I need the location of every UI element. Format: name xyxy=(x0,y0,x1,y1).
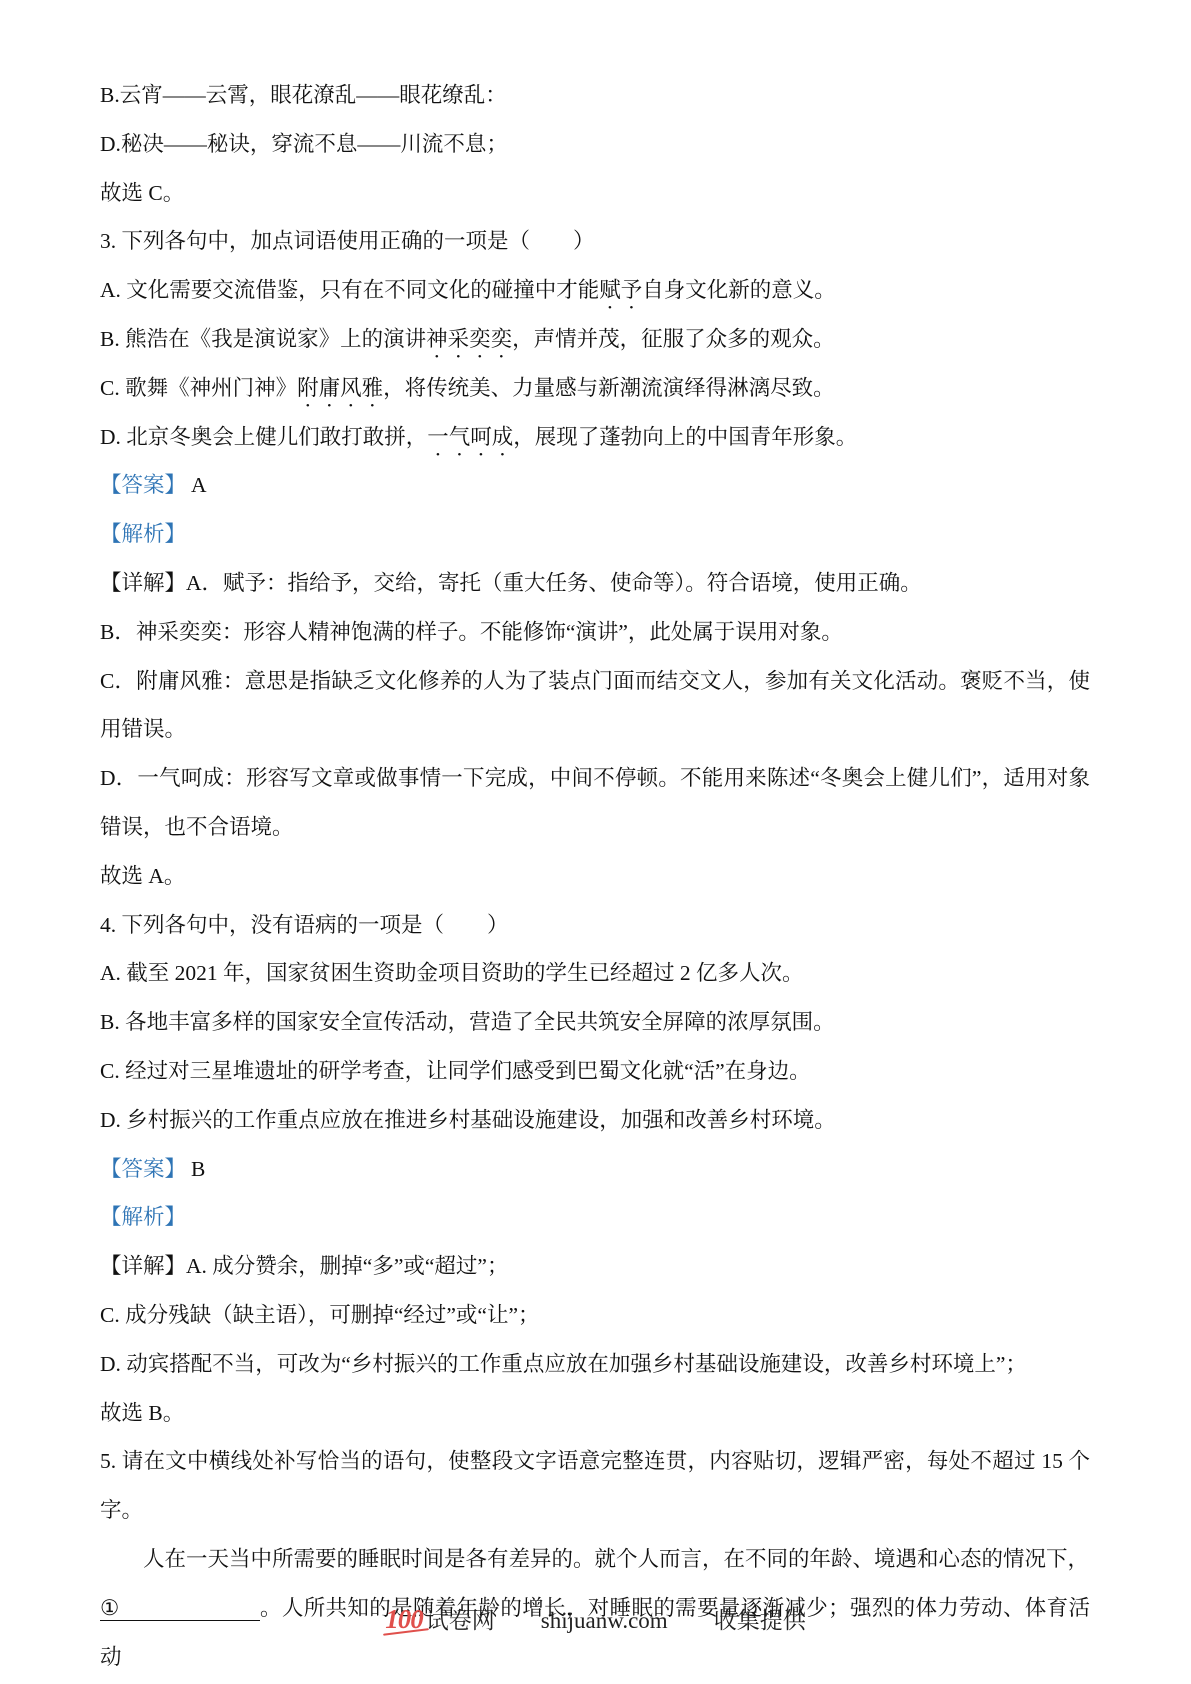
q4-conclusion: 故选 B。 xyxy=(100,1389,1090,1438)
q4-analysis-line: 【解析】 xyxy=(100,1193,1090,1242)
q4-answer-line: 【答案】B xyxy=(100,1145,1090,1194)
footer-suffix: 收集提供 xyxy=(714,1602,806,1635)
q3-answer-line: 【答案】A xyxy=(100,461,1090,510)
answer-label: 【答案】 xyxy=(100,473,186,497)
site-logo: 100试卷网 xyxy=(385,1602,495,1635)
answer-value: B xyxy=(191,1157,205,1181)
q4-stem: 4. 下列各句中，没有语病的一项是（ ） xyxy=(100,901,1090,950)
emphasized-word: 一气呵成 xyxy=(427,425,513,449)
answer-value: A xyxy=(191,473,207,497)
option-text: 自身文化新的意义。 xyxy=(642,278,836,302)
q4-option-a: A. 截至 2021 年，国家贫困生资助金项目资助的学生已经超过 2 亿多人次。 xyxy=(100,949,1090,998)
q3-option-d: D. 北京冬奥会上健儿们敢打敢拼，一气呵成，展现了蓬勃向上的中国青年形象。 xyxy=(100,413,1090,462)
analysis-label: 【解析】 xyxy=(100,522,186,546)
option-text: ，展现了蓬勃向上的中国青年形象。 xyxy=(513,425,857,449)
emphasized-word: 赋予 xyxy=(599,278,642,302)
q3-analysis-line: 【解析】 xyxy=(100,510,1090,559)
q3-option-a: A. 文化需要交流借鉴，只有在不同文化的碰撞中才能赋予自身文化新的意义。 xyxy=(100,266,1090,315)
emphasized-word: 附庸风雅 xyxy=(297,376,383,400)
q4-option-d: D. 乡村振兴的工作重点应放在推进乡村基础设施建设，加强和改善乡村环境。 xyxy=(100,1096,1090,1145)
page-footer: 100试卷网 shijuanw.com 收集提供 xyxy=(0,1602,1191,1635)
footer-domain: shijuanw.com xyxy=(541,1608,668,1634)
q3-option-b: B. 熊浩在《我是演说家》上的演讲神采奕奕，声情并茂，征服了众多的观众。 xyxy=(100,315,1090,364)
option-text: A. 文化需要交流借鉴，只有在不同文化的碰撞中才能 xyxy=(100,278,599,302)
q3-detail-c: C．附庸风雅：意思是指缺乏文化修养的人为了装点门面而结交文人，参加有关文化活动。… xyxy=(100,657,1090,755)
q4-option-b: B. 各地丰富多样的国家安全宣传活动，营造了全民共筑安全屏障的浓厚氛围。 xyxy=(100,998,1090,1047)
q4-detail-d: D. 动宾搭配不当，可改为“乡村振兴的工作重点应放在加强乡村基础设施建设，改善乡… xyxy=(100,1340,1090,1389)
answer-label: 【答案】 xyxy=(100,1157,186,1181)
q3-detail-d: D．一气呵成：形容写文章或做事情一下完成，中间不停顿。不能用来陈述“冬奥会上健儿… xyxy=(100,754,1090,852)
q3-detail-a: 【详解】A．赋予：指给予，交给，寄托（重大任务、使命等）。符合语境，使用正确。 xyxy=(100,559,1090,608)
q5-stem: 5. 请在文中横线处补写恰当的语句，使整段文字语意完整连贯，内容贴切，逻辑严密，… xyxy=(100,1437,1090,1535)
correction-line-d: D.秘决——秘诀，穿流不息——川流不息； xyxy=(100,120,1090,169)
option-text: C. 歌舞《神州门神》 xyxy=(100,376,297,400)
q3-detail-b: B．神采奕奕：形容人精神饱满的样子。不能修饰“演讲”，此处属于误用对象。 xyxy=(100,608,1090,657)
option-text: B. 熊浩在《我是演说家》上的演讲 xyxy=(100,327,426,351)
q5-passage-line1: 人在一天当中所需要的睡眠时间是各有差异的。就个人而言，在不同的年龄、境遇和心态的… xyxy=(100,1535,1090,1584)
analysis-label: 【解析】 xyxy=(100,1205,186,1229)
emphasized-word: 神采奕奕 xyxy=(426,327,512,351)
q3-conclusion: 故选 A。 xyxy=(100,852,1090,901)
q4-detail-c: C. 成分残缺（缺主语），可删掉“经过”或“让”； xyxy=(100,1291,1090,1340)
q4-option-c: C. 经过对三星堆遗址的研学考查，让同学们感受到巴蜀文化就“活”在身边。 xyxy=(100,1047,1090,1096)
option-text: D. 北京冬奥会上健儿们敢打敢拼， xyxy=(100,425,427,449)
q3-option-c: C. 歌舞《神州门神》附庸风雅，将传统美、力量感与新潮流演绎得淋漓尽致。 xyxy=(100,364,1090,413)
q3-stem: 3. 下列各句中，加点词语使用正确的一项是（ ） xyxy=(100,217,1090,266)
q4-detail-a: 【详解】A. 成分赞余，删掉“多”或“超过”； xyxy=(100,1242,1090,1291)
logo-text: 试卷网 xyxy=(426,1602,495,1635)
logo-100-icon: 100 xyxy=(385,1604,423,1635)
exam-answer-page: B.云宵——云霄，眼花潦乱——眼花缭乱： D.秘决——秘诀，穿流不息——川流不息… xyxy=(100,71,1090,1681)
option-text: ，将传统美、力量感与新潮流演绎得淋漓尽致。 xyxy=(383,376,835,400)
q2-conclusion: 故选 C。 xyxy=(100,169,1090,218)
correction-line-b: B.云宵——云霄，眼花潦乱——眼花缭乱： xyxy=(100,71,1090,120)
option-text: ，声情并茂，征服了众多的观众。 xyxy=(512,327,835,351)
